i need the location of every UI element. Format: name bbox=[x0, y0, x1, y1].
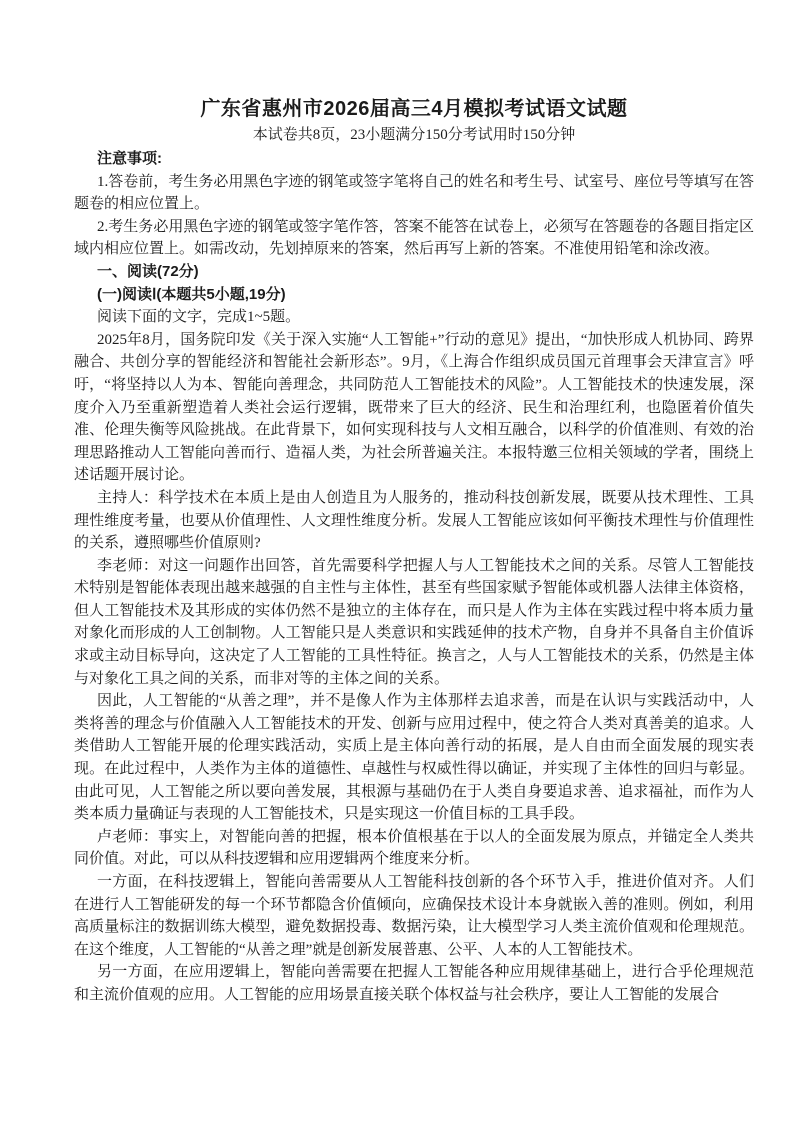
passage-paragraph-lu-2: 一方面，在科技逻辑上，智能向善需要从人工智能科技创新的各个环节入手，推进价值对齐… bbox=[74, 871, 754, 961]
notice-heading: 注意事项: bbox=[74, 148, 754, 171]
reading-instruction: 阅读下面的文字，完成1~5题。 bbox=[74, 306, 754, 329]
passage-paragraph-li-1: 李老师：对这一问题作出回答，首先需要科学把握人与人工智能技术之间的关系。尽管人工… bbox=[74, 555, 754, 691]
notice-item-1: 1.答卷前，考生务必用黑色字迹的钢笔或签字笔将自己的姓名和考生号、试室号、座位号… bbox=[74, 171, 754, 216]
section-heading-reading: 一、阅读(72分) bbox=[74, 261, 754, 284]
document-body: 注意事项: 1.答卷前，考生务必用黑色字迹的钢笔或签字笔将自己的姓名和考生号、试… bbox=[74, 148, 754, 1007]
passage-paragraph-host: 主持人：科学技术在本质上是由人创造且为人服务的，推动科技创新发展，既要从技术理性… bbox=[74, 487, 754, 555]
passage-paragraph-li-2: 因此，人工智能的“从善之理”，并不是像人作为主体那样去追求善，而是在认识与实践活… bbox=[74, 690, 754, 826]
page-title: 广东省惠州市2026届高三4月模拟考试语文试题 bbox=[74, 95, 754, 123]
subsection-heading-reading-1: (一)阅读Ⅰ(本题共5小题,19分) bbox=[74, 284, 754, 307]
passage-paragraph-lu-1: 卢老师：事实上，对智能向善的把握，根本价值根基在于以人的全面发展为原点，并锚定全… bbox=[74, 826, 754, 871]
passage-paragraph-lu-3: 另一方面，在应用逻辑上，智能向善需要在把握人工智能各种应用规律基础上，进行合乎伦… bbox=[74, 961, 754, 1006]
passage-paragraph-intro: 2025年8月，国务院印发《关于深入实施“人工智能+”行动的意见》提出，“加快形… bbox=[74, 329, 754, 487]
page-subtitle: 本试卷共8页，23小题满分150分考试用时150分钟 bbox=[74, 123, 754, 148]
page-content: 广东省惠州市2026届高三4月模拟考试语文试题 本试卷共8页，23小题满分150… bbox=[74, 95, 754, 1007]
exam-paper-page: 广东省惠州市2026届高三4月模拟考试语文试题 本试卷共8页，23小题满分150… bbox=[0, 0, 793, 1121]
notice-item-2: 2.考生务必用黑色字迹的钢笔或签字笔作答，答案不能答在试卷上，必须写在答题卷的各… bbox=[74, 216, 754, 261]
